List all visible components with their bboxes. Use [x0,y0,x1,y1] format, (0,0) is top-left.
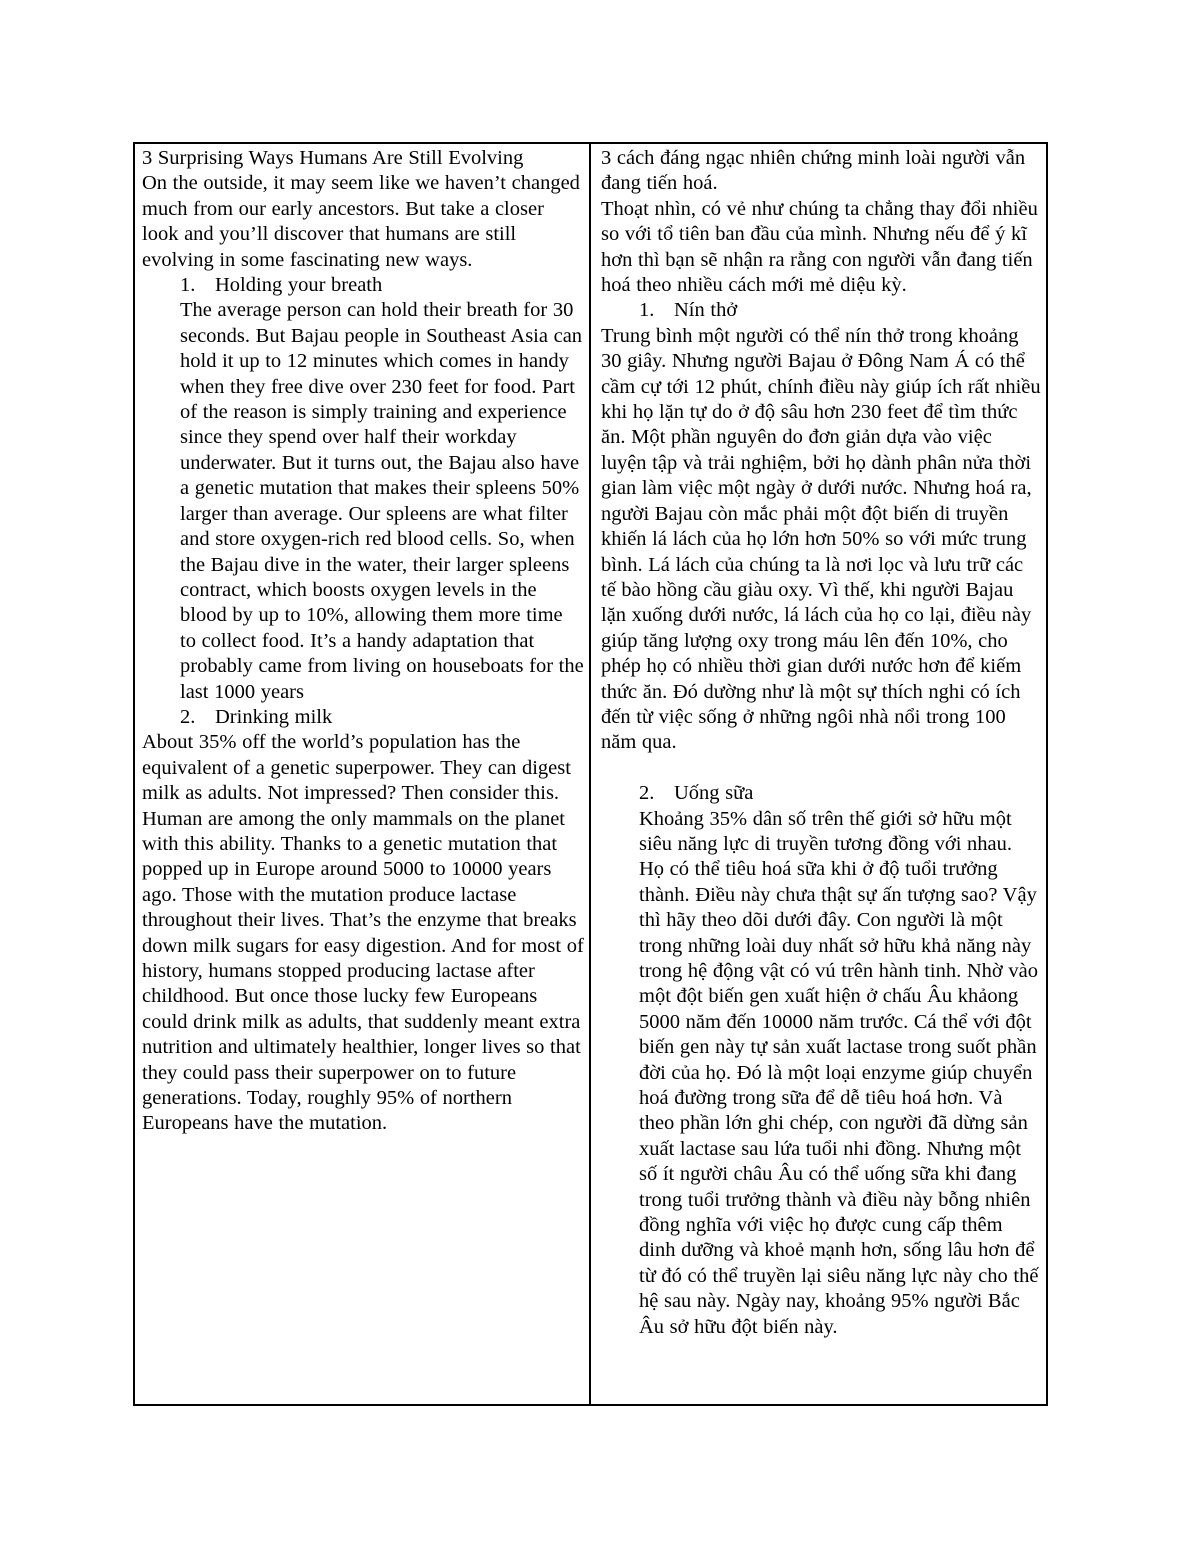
english-item-2-body: About 35% off the world’s population has… [142,730,584,1137]
vietnamese-intro: Thoạt nhìn, có vẻ như chúng ta chẳng tha… [601,197,1041,299]
english-item-1-body: The average person can hold their breath… [180,298,584,705]
english-item-1-heading: 1.Holding your breath [180,273,584,298]
vietnamese-item-2-body: Khoảng 35% dân số trên thế giới sở hữu m… [639,807,1041,1341]
english-item-2-heading: 2.Drinking milk [180,705,584,730]
vietnamese-title: 3 cách đáng ngạc nhiên chứng minh loài n… [601,146,1041,197]
vietnamese-item-2-label: Uống sữa [674,782,753,804]
english-item-1-label: Holding your breath [215,274,382,296]
blank-line [601,756,1041,781]
vietnamese-column: 3 cách đáng ngạc nhiên chứng minh loài n… [591,144,1046,1404]
vietnamese-item-1-label: Nín thở [674,299,737,321]
vietnamese-item-2-number: 2. [639,781,674,806]
english-column: 3 Surprising Ways Humans Are Still Evolv… [135,144,591,1404]
vietnamese-item-2-heading: 2.Uống sữa [639,781,1041,806]
english-item-2-label: Drinking milk [215,706,332,728]
english-item-1-number: 1. [180,273,215,298]
vietnamese-item-1-body: Trung bình một người có thể nín thở tron… [601,324,1041,756]
english-item-2-number: 2. [180,705,215,730]
vietnamese-item-1-number: 1. [639,298,674,323]
english-title: 3 Surprising Ways Humans Are Still Evolv… [142,146,584,171]
english-intro: On the outside, it may seem like we have… [142,171,584,273]
vietnamese-item-1-heading: 1.Nín thở [639,298,1041,323]
translation-table: 3 Surprising Ways Humans Are Still Evolv… [133,142,1048,1406]
